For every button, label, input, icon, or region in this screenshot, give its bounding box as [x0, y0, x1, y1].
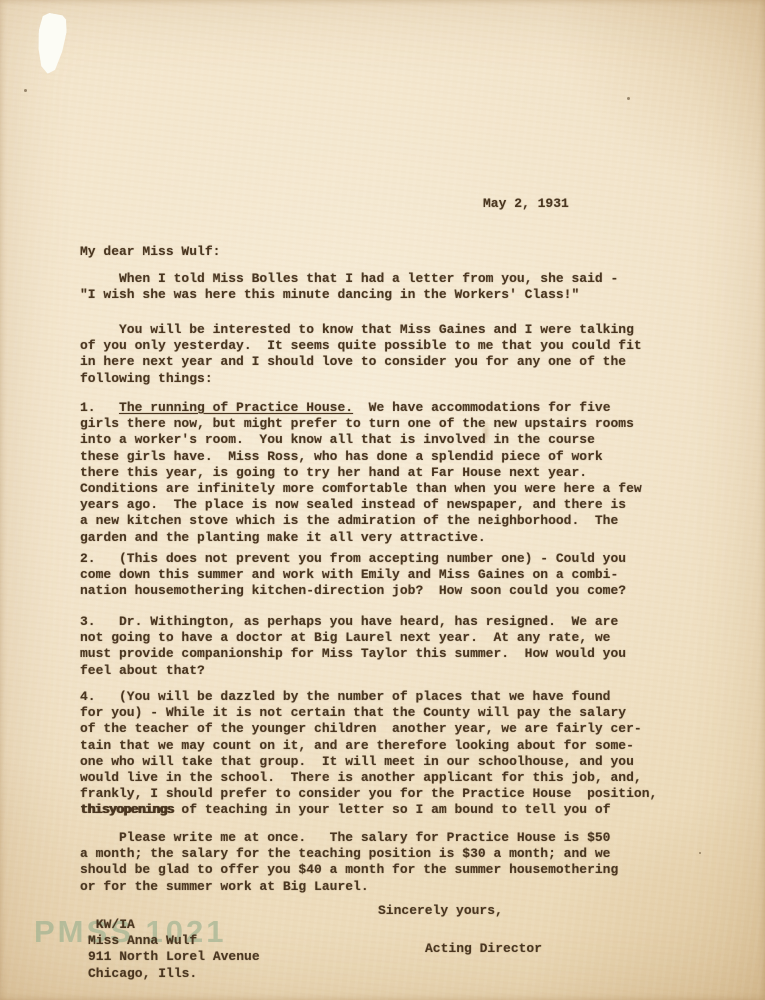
- letter-page: PMSS 1021 May 2, 1931 My dear Miss Wulf:…: [0, 0, 765, 1000]
- list-item-2-summer-job: 2. (This does not prevent you from accep…: [80, 551, 626, 600]
- typist-initials-and-recipient-address: KW/IA Miss Anna Wulf 911 North Lorel Ave…: [88, 917, 260, 982]
- list-item-3-big-laurel: 3. Dr. Withington, as perhaps you have h…: [80, 614, 626, 679]
- paragraph-anecdote: When I told Miss Bolles that I had a let…: [80, 271, 618, 303]
- list-item-4-teaching-position: 4. (You will be dazzled by the number of…: [80, 689, 657, 819]
- item-4-body: 4. (You will be dazzled by the number of…: [80, 689, 657, 801]
- item-1-number: 1.: [80, 400, 119, 415]
- closing-paragraph-salaries: Please write me at once. The salary for …: [80, 830, 618, 895]
- paper-speck: [24, 89, 27, 92]
- paper-speck: [699, 852, 701, 854]
- date-line: May 2, 1931: [483, 196, 569, 212]
- item-1-underlined-title: The running of Practice House.: [119, 400, 353, 415]
- paper-tear-mark: [36, 12, 67, 74]
- paper-speck: [627, 97, 630, 100]
- item-4-last-line-rest: of teaching in your letter so I am bound…: [174, 802, 611, 817]
- item-1-first-line-rest: We have accommodations for five: [353, 400, 610, 415]
- item-4-overstruck-word: thisyopenings: [80, 802, 174, 817]
- item-1-body: girls there now, but might prefer to tur…: [80, 416, 642, 544]
- salutation: My dear Miss Wulf:: [80, 244, 220, 260]
- signer-title: Acting Director: [425, 941, 542, 957]
- paragraph-lead-in: You will be interested to know that Miss…: [80, 322, 642, 387]
- signoff: Sincerely yours,: [378, 903, 503, 919]
- list-item-1-practice-house: 1. The running of Practice House. We hav…: [80, 400, 642, 546]
